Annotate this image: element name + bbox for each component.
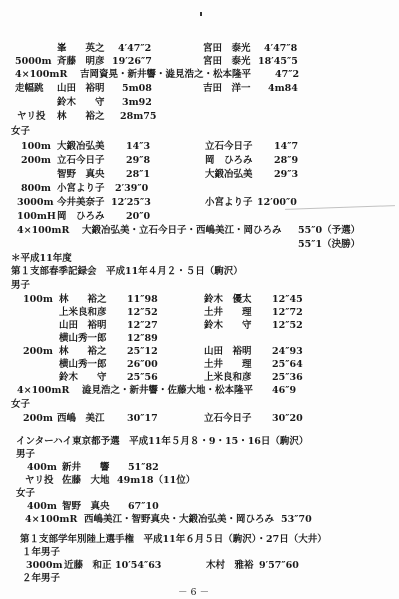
result-time: 67″10 <box>128 501 159 513</box>
section-heading-grade1-men: １年男子 <box>22 547 60 559</box>
result-time: 25″36 <box>272 372 303 384</box>
athlete-name: 近藤 和正 <box>64 560 112 572</box>
athlete-name: 横山秀一郎 <box>59 333 107 345</box>
athlete-name: 林 裕之 <box>59 346 107 358</box>
result-time: 55″1（決勝） <box>298 239 360 251</box>
athlete-name: 上米良和彦 <box>204 372 252 384</box>
athlete-name: 大鍛冶弘美 <box>57 141 105 153</box>
event-label: 走幅跳 <box>15 83 44 95</box>
athlete-name: 鈴木 守 <box>57 97 105 109</box>
event-label: 800m <box>21 183 51 195</box>
result-time: 12″89 <box>127 333 158 345</box>
result-time: 12″52 <box>127 307 158 319</box>
meet-title: インターハイ東京都予選 平成11年５月８・9・15・16日（駒沢） <box>16 436 308 448</box>
athlete-name: 小宮より子 <box>57 183 105 195</box>
event-label: 4×100mR <box>17 385 69 397</box>
athlete-name: 岡 ひろみ <box>57 211 105 223</box>
result-time: 25″64 <box>272 359 303 371</box>
year-heading: ＊平成11年度 <box>11 253 72 265</box>
athlete-name: 吉田 洋一 <box>203 83 251 95</box>
athlete-name: 林 裕之 <box>59 294 107 306</box>
athlete-name: 土井 理 <box>204 307 252 319</box>
result-time: 18′45″5 <box>258 56 298 68</box>
result-time: 30″17 <box>127 413 158 425</box>
athlete-name: 土井 理 <box>204 359 252 371</box>
page-number: － 6 － <box>178 587 209 599</box>
result-time: 5m08 <box>122 83 152 95</box>
result-time: 11″98 <box>127 294 158 306</box>
event-label: 100mH <box>17 211 56 223</box>
athlete-name: 宮田 泰光 <box>203 56 251 68</box>
result-time: 4′47″2 <box>118 43 151 55</box>
scan-mark <box>200 12 202 16</box>
event-label: 100m <box>21 141 51 153</box>
result-time: 20″0 <box>126 211 150 223</box>
event-label: 4×100mR <box>25 514 77 526</box>
athlete-name: 鈴木 守 <box>59 372 107 384</box>
result-time: 28″1 <box>126 169 150 181</box>
athlete-name: 智野 真央 <box>57 169 105 181</box>
athlete-name: 今井美奈子 <box>57 197 105 209</box>
section-heading-women: 女子 <box>16 488 35 500</box>
section-heading-men: 男子 <box>11 280 30 292</box>
meet-title: 第１支部春季記録会 平成11年４月２・５日（駒沢） <box>11 266 243 278</box>
event-label: 200m <box>21 155 51 167</box>
event-label: 200m <box>23 346 53 358</box>
athlete-name: 山田 裕明 <box>204 346 252 358</box>
athlete-name: 山田 裕明 <box>59 320 107 332</box>
relay-members: 西嶋美江・智野真央・大鍛冶弘美・岡ひろみ <box>84 514 274 526</box>
result-time: 29″8 <box>126 155 150 167</box>
result-time: 12″45 <box>272 294 303 306</box>
athlete-name: 立石今日子 <box>57 155 105 167</box>
athlete-name: 西嶋 美江 <box>57 413 105 425</box>
section-heading-men: 男子 <box>16 449 35 461</box>
event-label: 3000m <box>17 197 54 209</box>
result-time: 49m18（11位） <box>117 475 195 487</box>
event-label: 100m <box>23 294 53 306</box>
result-time: 53″70 <box>281 514 312 526</box>
event-label: 400m <box>27 462 57 474</box>
event-label: 4×100mR <box>17 225 69 237</box>
result-time: 12′25″3 <box>111 197 151 209</box>
event-label: ヤリ投 <box>25 475 54 487</box>
relay-members: 吉岡資晃・新井響・澁見浩之・松本隆平 <box>80 69 251 81</box>
athlete-name: 大鍛冶弘美 <box>205 169 253 181</box>
athlete-name: 宮田 泰光 <box>203 43 251 55</box>
result-time: 14″7 <box>274 141 298 153</box>
result-time: 26″00 <box>127 359 158 371</box>
event-label: 200m <box>23 413 53 425</box>
athlete-name: 岡 ひろみ <box>205 155 253 167</box>
result-time: 14″3 <box>126 141 150 153</box>
result-time: 47″2 <box>275 69 299 81</box>
athlete-name: 小宮より子 <box>205 197 253 209</box>
relay-members: 澁見浩之・新井響・佐藤大地・松本隆平 <box>82 385 253 397</box>
scan-streak <box>285 205 395 210</box>
result-time: 4′47″8 <box>264 43 297 55</box>
athlete-name: 峯 英之 <box>57 43 105 55</box>
athlete-name: 新井 響 <box>62 462 110 474</box>
event-label: ヤリ投 <box>17 111 46 123</box>
athlete-name: 鈴木 守 <box>204 320 252 332</box>
athlete-name: 佐藤 大地 <box>62 475 110 487</box>
event-label: 400m <box>27 501 57 513</box>
result-time: 30″20 <box>272 413 303 425</box>
section-heading-women: 女子 <box>11 126 30 138</box>
result-time: 29″3 <box>274 169 298 181</box>
result-time: 12″27 <box>127 320 158 332</box>
result-time: 9′57″60 <box>259 560 299 572</box>
meet-title: 第１支部学年別陸上選手権 平成11年６月５日（駒沢）・27日（大井） <box>20 534 327 546</box>
result-time: 12″52 <box>272 320 303 332</box>
result-time: 46″9 <box>272 385 296 397</box>
result-time: 19′26″7 <box>112 56 152 68</box>
event-label: 4×100mR <box>15 69 67 81</box>
athlete-name: 山田 裕明 <box>57 83 105 95</box>
section-heading-grade2-men: ２年男子 <box>22 573 60 585</box>
athlete-name: 横山秀一郎 <box>59 359 107 371</box>
result-time: 2′39″0 <box>115 183 148 195</box>
result-time: 28″9 <box>274 155 298 167</box>
event-label: 5000m <box>15 56 52 68</box>
result-time: 25″56 <box>127 372 158 384</box>
relay-members: 大鍛冶弘美・立石今日子・西嶋美江・岡ひろみ <box>82 225 282 237</box>
athlete-name: 鈴木 優太 <box>204 294 252 306</box>
section-heading-women: 女子 <box>11 399 30 411</box>
athlete-name: 林 裕之 <box>57 111 105 123</box>
result-time: 12′00″0 <box>257 197 297 209</box>
result-time: 24″93 <box>272 346 303 358</box>
result-time: 3m92 <box>122 97 152 109</box>
athlete-name: 立石今日子 <box>204 413 252 425</box>
result-time: 4m84 <box>268 83 298 95</box>
result-time: 10′54″63 <box>115 560 161 572</box>
athlete-name: 智野 真央 <box>62 501 110 513</box>
athlete-name: 斉藤 明彦 <box>57 56 105 68</box>
result-time: 28m75 <box>120 111 157 123</box>
result-time: 51″82 <box>128 462 159 474</box>
athlete-name: 木村 雅裕 <box>206 560 254 572</box>
result-time: 25″12 <box>127 346 158 358</box>
result-time: 12″72 <box>272 307 303 319</box>
result-time: 55″0（予選） <box>298 225 360 237</box>
event-label: 3000m <box>26 560 63 572</box>
athlete-name: 立石今日子 <box>205 141 253 153</box>
athlete-name: 上米良和彦 <box>59 307 107 319</box>
